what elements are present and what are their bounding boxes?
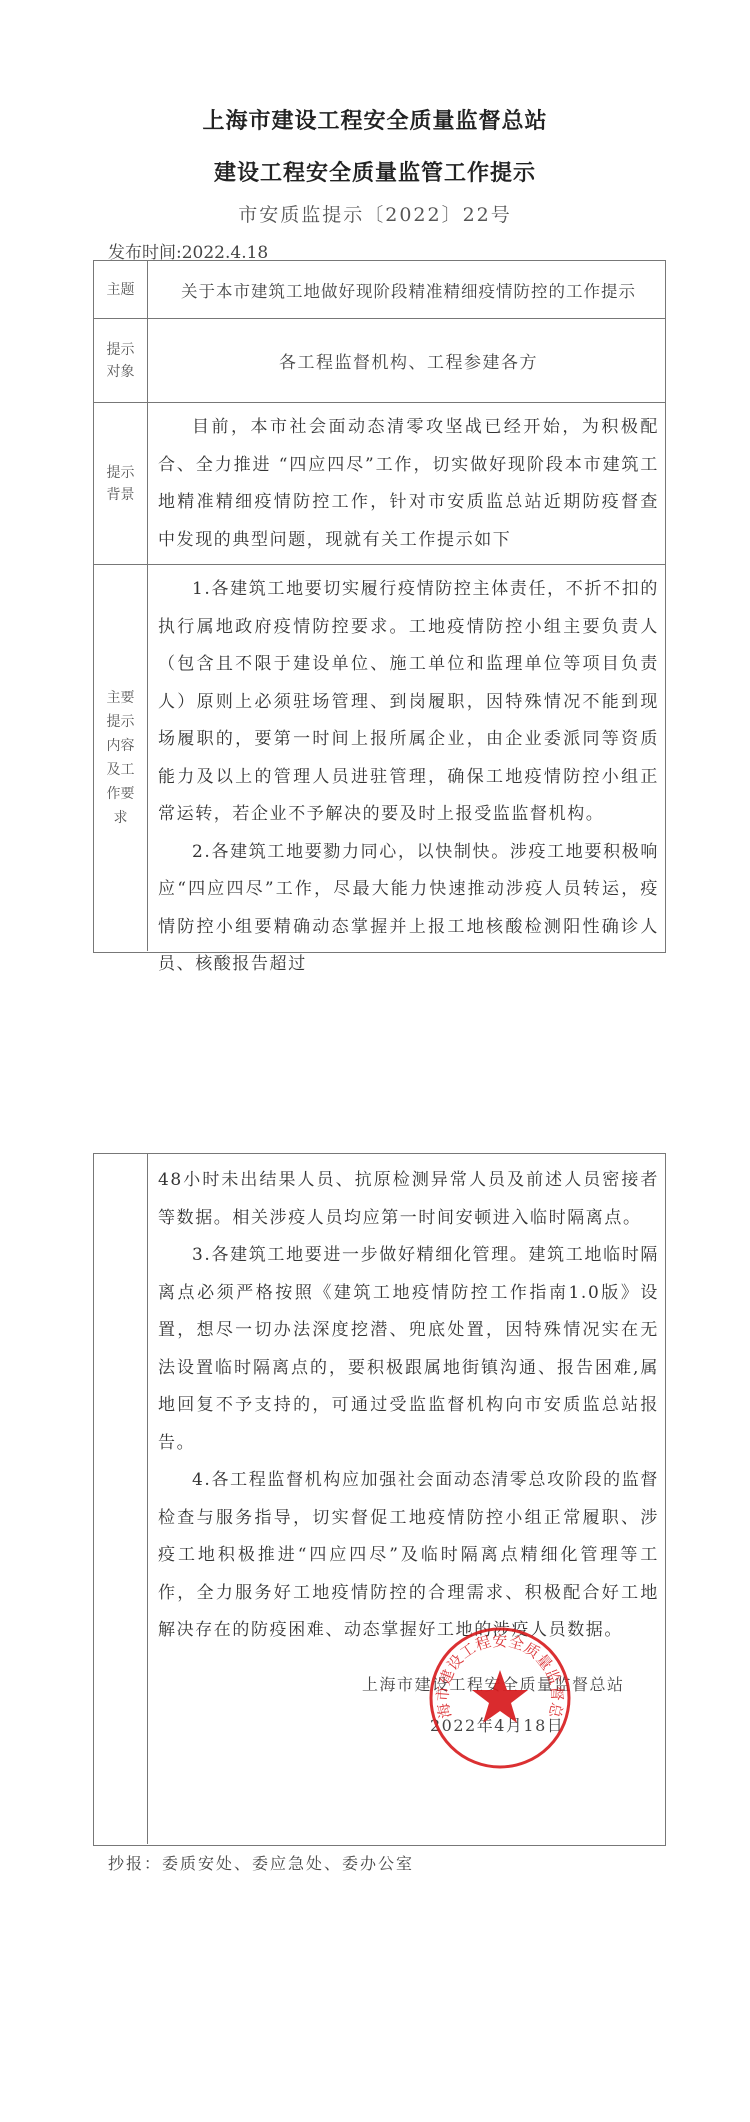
background-cell: 目前，本市社会面动态清零攻坚战已经开始，为积极配合、全力推进 “四应四尽”工作，… (148, 403, 665, 564)
row-requirements: 主要提示内容及工作要求 1.各建筑工地要切实履行疫情防控主体责任，不折不扣的执行… (94, 565, 665, 951)
document-number: 市安质监提示〔2022〕22号 (0, 200, 750, 227)
row-target: 提示对象 各工程监督机构、工程参建各方 (94, 319, 665, 403)
label-target: 提示对象 (94, 319, 148, 402)
background-text: 目前，本市社会面动态清零攻坚战已经开始，为积极配合、全力推进 “四应四尽”工作，… (158, 409, 659, 559)
document-type-title: 建设工程安全质量监管工作提示 (0, 156, 750, 187)
requirement-item-2: 2.各建筑工地要勠力同心，以快制快。涉疫工地要积极响应“四应四尽”工作，尽最大能… (158, 834, 659, 984)
row-requirements-continued: 48小时未出结果人员、抗原检测异常人员及前述人员密接者等数据。相关涉疫人员均应第… (94, 1154, 665, 1844)
row-background: 提示背景 目前，本市社会面动态清零攻坚战已经开始，为积极配合、全力推进 “四应四… (94, 403, 665, 565)
label-empty (94, 1154, 148, 1844)
cc-recipients: 抄报：委质安处、委应急处、委办公室 (108, 1851, 414, 1874)
star-icon (472, 1670, 528, 1723)
requirements-continued-cell: 48小时未出结果人员、抗原检测异常人员及前述人员密接者等数据。相关涉疫人员均应第… (148, 1154, 665, 1844)
row-subject: 主题 关于本市建筑工地做好现阶段精准精细疫情防控的工作提示 (94, 261, 665, 319)
notice-table: 主题 关于本市建筑工地做好现阶段精准精细疫情防控的工作提示 提示对象 各工程监督… (93, 260, 666, 953)
requirement-item-2-continued: 48小时未出结果人员、抗原检测异常人员及前述人员密接者等数据。相关涉疫人员均应第… (158, 1162, 659, 1237)
official-stamp: 上海市建设工程安全质量监督总站 (428, 1626, 572, 1770)
requirements-cell: 1.各建筑工地要切实履行疫情防控主体责任，不折不扣的执行属地政府疫情防控要求。工… (148, 565, 665, 951)
organization-title: 上海市建设工程安全质量监督总站 (0, 104, 750, 135)
requirement-item-4: 4.各工程监督机构应加强社会面动态清零总攻阶段的监督检查与服务指导，切实督促工地… (158, 1462, 659, 1650)
notice-table-continued: 48小时未出结果人员、抗原检测异常人员及前述人员密接者等数据。相关涉疫人员均应第… (93, 1153, 666, 1846)
label-subject: 主题 (94, 261, 148, 318)
label-requirements: 主要提示内容及工作要求 (94, 565, 148, 951)
requirement-item-3: 3.各建筑工地要进一步做好精细化管理。建筑工地临时隔离点必须严格按照《建筑工地疫… (158, 1237, 659, 1462)
target-value: 各工程监督机构、工程参建各方 (148, 319, 665, 402)
subject-value: 关于本市建筑工地做好现阶段精准精细疫情防控的工作提示 (148, 261, 665, 318)
requirement-item-1: 1.各建筑工地要切实履行疫情防控主体责任，不折不扣的执行属地政府疫情防控要求。工… (158, 571, 659, 834)
label-background: 提示背景 (94, 403, 148, 564)
stamp-seal-icon: 上海市建设工程安全质量监督总站 (428, 1626, 572, 1770)
